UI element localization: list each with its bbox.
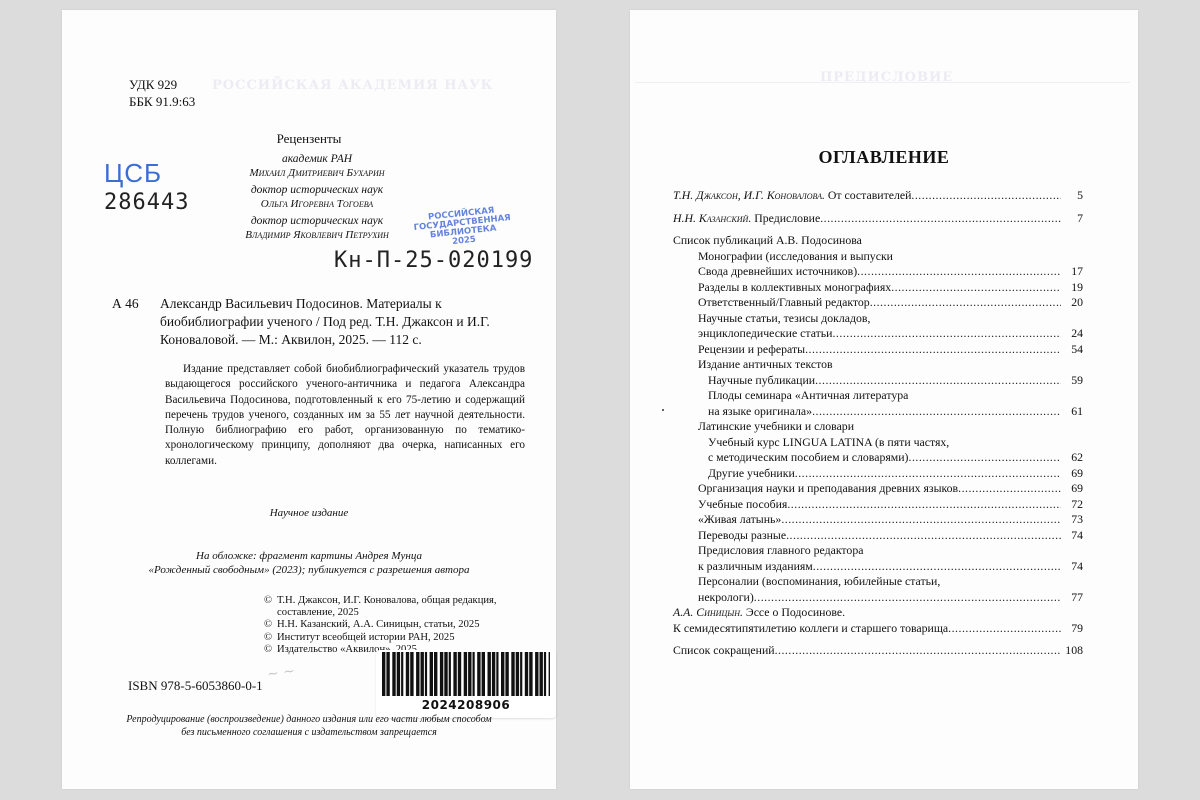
- toc-leader-dots: [795, 466, 1061, 482]
- toc-page-number: 73: [1043, 512, 1083, 528]
- toc-entry-text: Рецензии и рефераты: [698, 342, 805, 358]
- toc-entry-text: энциклопедические статьи: [698, 326, 832, 342]
- toc-page-number: 79: [1043, 621, 1083, 637]
- copyright-line-cont: составление, 2025: [264, 607, 497, 619]
- toc-leader-dots: [820, 211, 1061, 227]
- toc-entry: Научные статьи, тезисы докладов,: [673, 311, 1083, 327]
- toc-entry: энциклопедические статьи24: [673, 326, 1083, 342]
- toc-leader-dots: [832, 326, 1061, 342]
- toc-entry: на языке оригинала»61: [673, 404, 1083, 420]
- toc-entry: Н.Н. Казанский. Предисловие7: [673, 211, 1083, 227]
- toc-gap: [673, 204, 1083, 211]
- toc-page-number: 24: [1043, 326, 1083, 342]
- right-page: ПРЕДИСЛОВИЕ ОГЛАВЛЕНИЕ Т.Н. Джаксон, И.Г…: [630, 10, 1138, 789]
- copyright-text: Т.Н. Джаксон, И.Г. Коновалова, общая ред…: [277, 595, 497, 606]
- toc-entry: А.А. Синицын. Эссе о Подосинове.: [673, 605, 1083, 621]
- toc-entry: Т.Н. Джаксон, И.Г. Коновалова. От состав…: [673, 188, 1083, 204]
- toc-entry-text: Плоды семинара «Античная литература: [708, 388, 908, 404]
- copyright-block: ©Т.Н. Джаксон, И.Г. Коновалова, общая ре…: [264, 595, 497, 656]
- copyright-line: ©Н.Н. Казанский, А.А. Синицын, статьи, 2…: [264, 619, 497, 631]
- toc-entry: Свода древнейших источников)17: [673, 264, 1083, 280]
- pencil-marks: ~ ~: [266, 663, 296, 683]
- scan-speck: [662, 409, 664, 411]
- toc-entry: Ответственный/Главный редактор20: [673, 295, 1083, 311]
- toc-leader-dots: [786, 528, 1061, 544]
- edition-type: Научное издание: [62, 507, 556, 519]
- toc-page-number: 59: [1043, 373, 1083, 389]
- toc-entry-text: Разделы в коллективных монографиях: [698, 280, 891, 296]
- toc-entry: Монографии (исследования и выпуски: [673, 249, 1083, 265]
- left-page: РОССИЙСКАЯ АКАДЕМИЯ НАУК УДК 929 ББК 91.…: [62, 10, 556, 789]
- toc-page-number: 69: [1043, 481, 1083, 497]
- toc-entry: Учебный курс LINGUA LATINA (в пяти частя…: [673, 435, 1083, 451]
- barcode-number: 2024208906: [376, 698, 556, 712]
- copyright-text: Институт всеобщей истории РАН, 2025: [277, 632, 455, 643]
- toc-entry-text: Монографии (исследования и выпуски: [698, 249, 893, 265]
- toc-entry-text: Учебный курс LINGUA LATINA (в пяти частя…: [708, 435, 949, 451]
- toc-entry: Научные публикации59: [673, 373, 1083, 389]
- bbk-code: ББК 91.9:63: [129, 93, 195, 110]
- toc-entry-text: Научные публикации: [708, 373, 815, 389]
- toc-entry-text: К семидесятипятилетию коллеги и старшего…: [673, 621, 948, 637]
- copyright-line: ©Т.Н. Джаксон, И.Г. Коновалова, общая ре…: [264, 595, 497, 607]
- toc-entry-text: А.А. Синицын. Эссе о Подосинове.: [673, 605, 845, 621]
- toc-entry: Переводы разные74: [673, 528, 1083, 544]
- reviewers-heading: Рецензенты: [62, 131, 556, 147]
- toc-entry-author: А.А. Синицын.: [673, 605, 743, 619]
- toc-entry: Персоналии (воспоминания, юбилейные стат…: [673, 574, 1083, 590]
- toc-entry-text: Список сокращений: [673, 643, 775, 659]
- toc-leader-dots: [805, 342, 1061, 358]
- toc-page-number: 69: [1043, 466, 1083, 482]
- toc-entry: Плоды семинара «Античная литература: [673, 388, 1083, 404]
- cover-note-line: На обложке: фрагмент картины Андрея Мунц…: [62, 549, 556, 563]
- toc-leader-dots: [870, 295, 1061, 311]
- toc-leader-dots: [891, 280, 1061, 296]
- toc-entry: Список публикаций А.В. Подосинова: [673, 233, 1083, 249]
- toc-entry: с методическим пособием и словарями)62: [673, 450, 1083, 466]
- toc-entry: к различным изданиям74: [673, 559, 1083, 575]
- toc-entry-text: Персоналии (воспоминания, юбилейные стат…: [698, 574, 940, 590]
- toc-leader-dots: [775, 643, 1061, 659]
- reviewer-title: академик РАН: [192, 152, 442, 166]
- copyright-line: ©Институт всеобщей истории РАН, 2025: [264, 632, 497, 644]
- bibliographic-entry: А 46Александр Васильевич Подосинов. Мате…: [112, 295, 520, 349]
- toc-page-number: 5: [1043, 188, 1083, 204]
- reproduction-notice: Репродуцирование (воспроизведение) данно…: [62, 713, 556, 739]
- reviewer-title: доктор исторических наук: [192, 214, 442, 228]
- toc-leader-dots: [813, 559, 1061, 575]
- toc-entry-text: Латинские учебники и словари: [698, 419, 854, 435]
- toc-entry-text: Учебные пособия: [698, 497, 787, 513]
- toc-entry: Организация науки и преподавания древних…: [673, 481, 1083, 497]
- toc-entry-text: Предисловия главного редактора: [698, 543, 863, 559]
- toc-entry-text: на языке оригинала»: [708, 404, 812, 420]
- toc-entry-text: Свода древнейших источников): [698, 264, 857, 280]
- copyright-text: Н.Н. Казанский, А.А. Синицын, статьи, 20…: [277, 619, 480, 630]
- toc-page-number: 61: [1043, 404, 1083, 420]
- toc-leader-dots: [781, 512, 1061, 528]
- toc-entry-text: некрологи): [698, 590, 754, 606]
- toc-entry-text: Переводы разные: [698, 528, 786, 544]
- toc-entry: Предисловия главного редактора: [673, 543, 1083, 559]
- toc-entry-text: Организация науки и преподавания древних…: [698, 481, 958, 497]
- toc-leader-dots: [815, 373, 1061, 389]
- toc-entry: Издание античных текстов: [673, 357, 1083, 373]
- toc-entry: некрологи)77: [673, 590, 1083, 606]
- toc-leader-dots: [857, 264, 1061, 280]
- toc-entry: Список сокращений108: [673, 643, 1083, 659]
- notice-line: без письменного соглашения с издательств…: [62, 726, 556, 739]
- isbn: ISBN 978-5-6053860-0-1: [128, 678, 263, 694]
- toc-entry-text: Другие учебники: [708, 466, 795, 482]
- toc-entry-text: Издание античных текстов: [698, 357, 833, 373]
- toc-entry: Латинские учебники и словари: [673, 419, 1083, 435]
- toc-page-number: 19: [1043, 280, 1083, 296]
- copyright-icon: ©: [264, 595, 277, 607]
- toc-entry: Другие учебники69: [673, 466, 1083, 482]
- classification-codes: УДК 929 ББК 91.9:63: [129, 76, 195, 110]
- toc-entry: Учебные пособия72: [673, 497, 1083, 513]
- toc-gap: [673, 636, 1083, 643]
- toc-entry-text: Т.Н. Джаксон, И.Г. Коновалова. От состав…: [673, 188, 911, 204]
- author-mark: А 46: [112, 295, 160, 313]
- toc-page-number: 72: [1043, 497, 1083, 513]
- toc-entry: К семидесятипятилетию коллеги и старшего…: [673, 621, 1083, 637]
- reviewer-name: Михаил Дмитриевич Бухарин: [192, 166, 442, 180]
- toc-leader-dots: [911, 188, 1061, 204]
- bib-description: Александр Васильевич Подосинов. Материал…: [160, 295, 520, 349]
- toc-page-number: 20: [1043, 295, 1083, 311]
- cover-note-line: «Рожденный свободным» (2023); публикуетс…: [62, 563, 556, 577]
- toc-gap: [673, 226, 1083, 233]
- bleed-through-text: РОССИЙСКАЯ АКАДЕМИЯ НАУК: [212, 78, 494, 93]
- notice-line: Репродуцирование (воспроизведение) данно…: [62, 713, 556, 726]
- toc-title: ОГЛАВЛЕНИЕ: [630, 147, 1138, 168]
- bleed-through-rule: [635, 82, 1130, 83]
- toc-entry-text: к различным изданиям: [698, 559, 813, 575]
- reviewer-title: доктор исторических наук: [192, 183, 442, 197]
- toc-page-number: 7: [1043, 211, 1083, 227]
- toc-entry-text: «Живая латынь»: [698, 512, 781, 528]
- toc-entry: Рецензии и рефераты54: [673, 342, 1083, 358]
- toc-entry-text: Ответственный/Главный редактор: [698, 295, 870, 311]
- reviewer: доктор исторических наук Владимир Яковле…: [192, 214, 442, 242]
- reviewer-name: Владимир Яковлевич Петрухин: [192, 228, 442, 242]
- toc-page-number: 77: [1043, 590, 1083, 606]
- table-of-contents: Т.Н. Джаксон, И.Г. Коновалова. От состав…: [673, 188, 1083, 659]
- csb-stamp: ЦСБ: [104, 158, 162, 189]
- handwritten-inventory-number: 286443: [104, 190, 189, 215]
- copyright-icon: ©: [264, 644, 277, 656]
- toc-entry-author: Т.Н. Джаксон, И.Г. Коновалова.: [673, 188, 825, 202]
- toc-page-number: 74: [1043, 528, 1083, 544]
- barcode-icon: [382, 652, 550, 696]
- udk-code: УДК 929: [129, 76, 195, 93]
- toc-entry-text: Научные статьи, тезисы докладов,: [698, 311, 870, 327]
- copyright-icon: ©: [264, 619, 277, 631]
- toc-leader-dots: [909, 450, 1062, 466]
- toc-page-number: 108: [1043, 643, 1083, 659]
- cover-note: На обложке: фрагмент картины Андрея Мунц…: [62, 549, 556, 577]
- toc-leader-dots: [787, 497, 1061, 513]
- toc-entry-text: Н.Н. Казанский. Предисловие: [673, 211, 820, 227]
- toc-entry: «Живая латынь»73: [673, 512, 1083, 528]
- toc-leader-dots: [812, 404, 1061, 420]
- barcode-sticker: 2024208906: [376, 650, 556, 718]
- library-stamp: РОССИЙСКАЯ ГОСУДАРСТВЕННАЯ БИБЛИОТЕКА 20…: [412, 205, 513, 251]
- reviewer: академик РАН Михаил Дмитриевич Бухарин: [192, 152, 442, 180]
- toc-entry: Разделы в коллективных монографиях19: [673, 280, 1083, 296]
- handwritten-accession-code: Кн-П-25-020199: [334, 248, 533, 273]
- copyright-icon: ©: [264, 632, 277, 644]
- reviewer-name: Ольга Игоревна Тогоева: [192, 197, 442, 211]
- toc-page-number: 62: [1043, 450, 1083, 466]
- toc-page-number: 17: [1043, 264, 1083, 280]
- reviewer: доктор исторических наук Ольга Игоревна …: [192, 183, 442, 211]
- abstract: Издание представляет собой биобиблиограф…: [165, 362, 525, 469]
- toc-page-number: 74: [1043, 559, 1083, 575]
- toc-leader-dots: [754, 590, 1061, 606]
- toc-entry-text: Список публикаций А.В. Подосинова: [673, 233, 862, 249]
- toc-entry-text: с методическим пособием и словарями): [708, 450, 909, 466]
- toc-page-number: 54: [1043, 342, 1083, 358]
- toc-entry-author: Н.Н. Казанский.: [673, 211, 751, 225]
